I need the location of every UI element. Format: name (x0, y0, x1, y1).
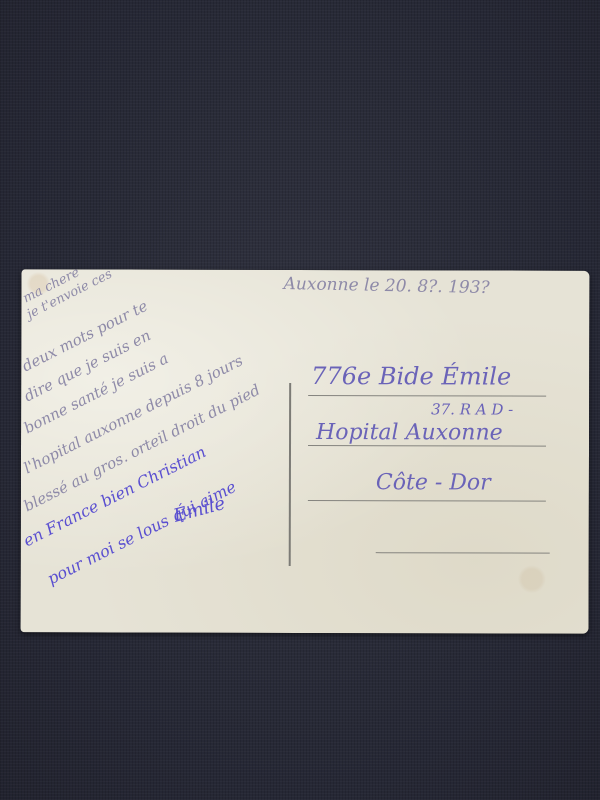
address-regiment: 37. R A D - (431, 400, 513, 418)
address-line-3: Côte - Dor (376, 470, 491, 495)
postcard: Auxonne le 20. 8?. 193? ma chere je t'en… (21, 269, 590, 633)
place-date: Auxonne le 20. 8?. 193? (283, 274, 489, 298)
address-line-1: 776e Bide Émile (311, 362, 511, 391)
postcard-divider (289, 383, 291, 566)
address-rule-2 (308, 445, 546, 447)
address-line-2: Hopital Auxonne (316, 420, 503, 445)
address-rule-3 (308, 500, 546, 502)
address-rule-1 (308, 395, 546, 397)
signature: Émile (171, 493, 227, 527)
message-line-9: pour moi se lous qui aime (44, 477, 239, 588)
address-rule-4 (376, 552, 550, 553)
